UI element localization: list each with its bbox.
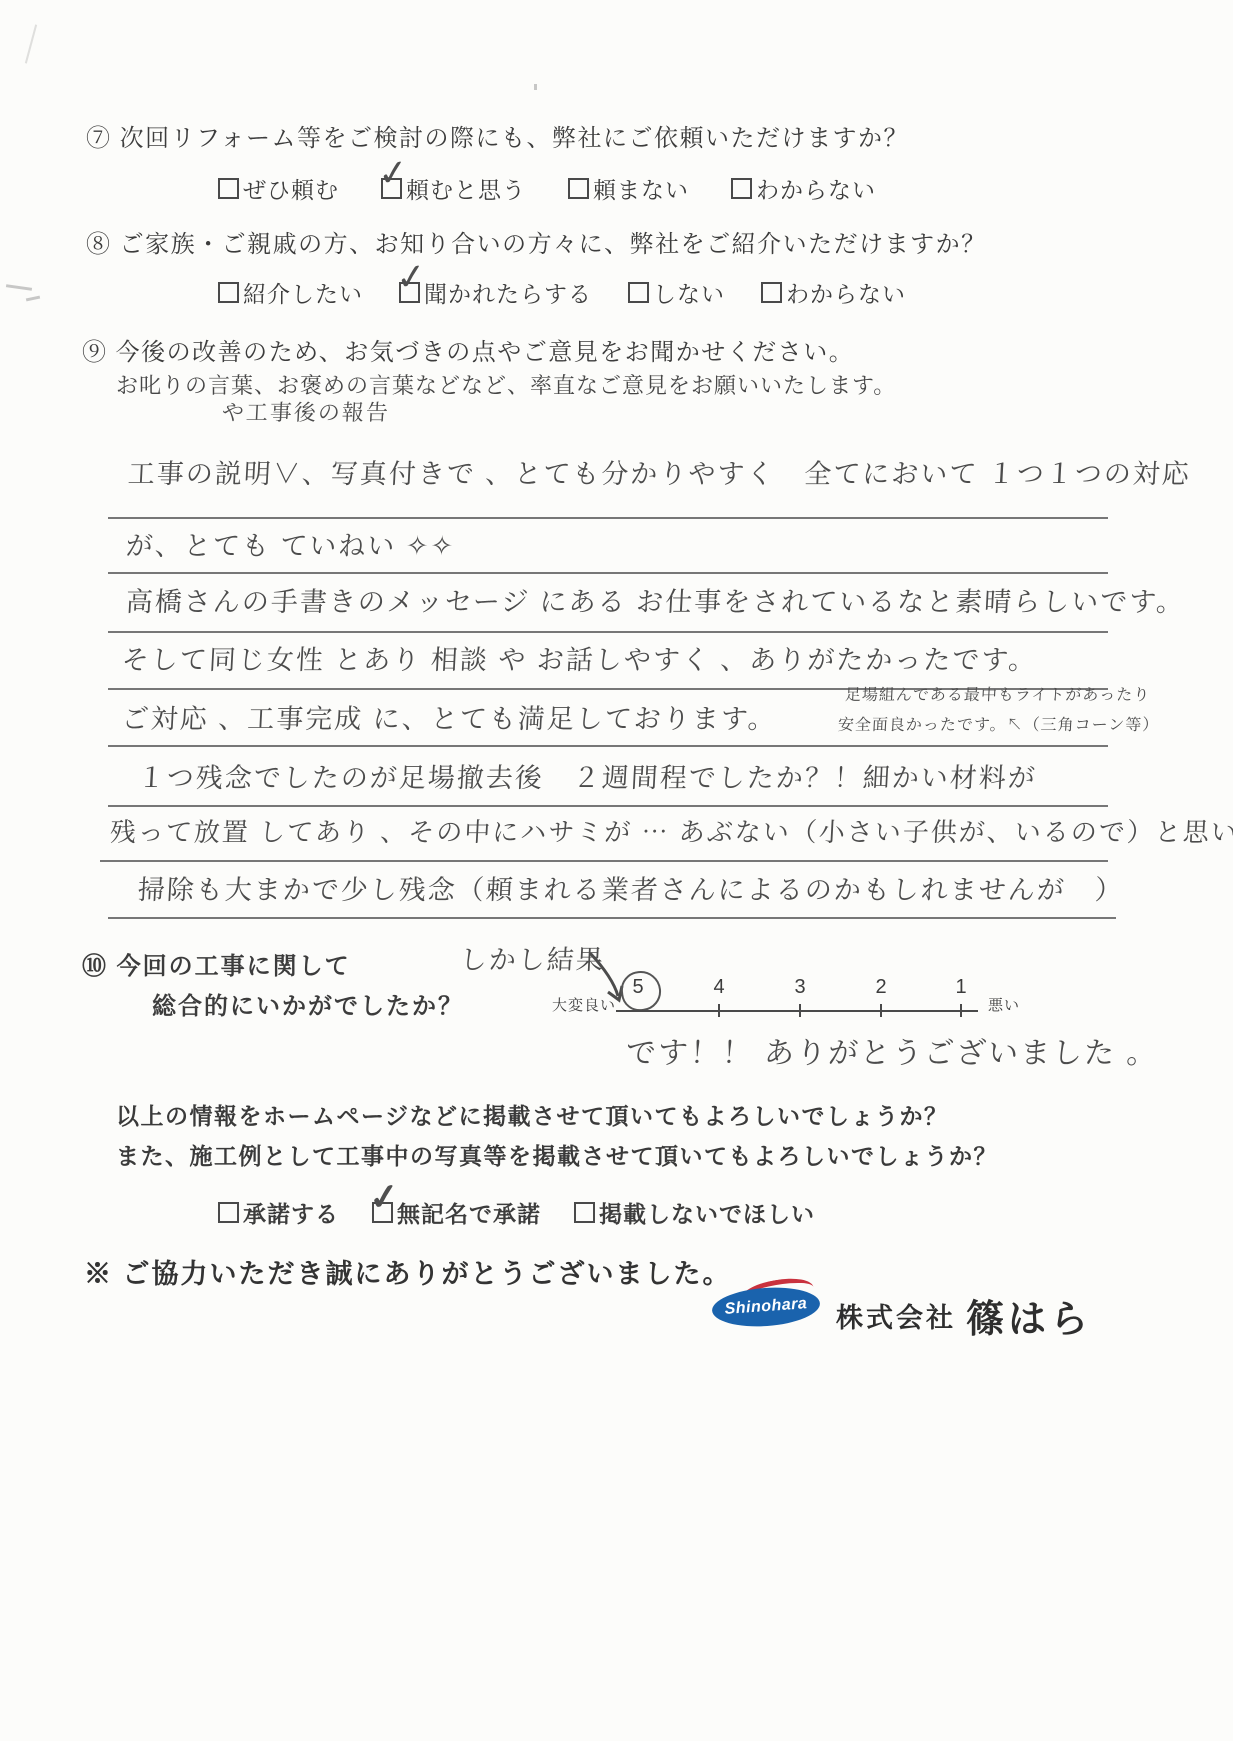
logo-brand-text: Shinohara — [724, 1295, 808, 1319]
ruled-line — [108, 745, 1108, 747]
question-9-title: ⑨ 今後の改善のため、お気づきの点やご意見をお聞かせください。 — [82, 332, 854, 367]
scale-tick — [960, 1004, 962, 1017]
scale-tick — [799, 1004, 801, 1017]
option-q8-shoukai-shitai: 紹介したい — [218, 276, 363, 309]
footer-thanks-note: ※ ご協力いただき誠にありがとうございました。 — [84, 1252, 732, 1291]
ruled-line — [100, 860, 1108, 862]
checkmark-icon: ✓ — [367, 1177, 402, 1216]
scale-value-4: 4 — [708, 976, 730, 999]
scale-line — [616, 1010, 978, 1012]
checkbox-unchecked — [731, 178, 752, 199]
ruled-line — [108, 517, 1108, 519]
checkbox-unchecked — [568, 178, 589, 199]
checkbox-unchecked — [218, 1202, 239, 1223]
scale-tick — [880, 1004, 882, 1017]
handwritten-line-8: 掃除も大まかで少し残念（頼まれる業者さんによるのかもしれませんが ） — [137, 868, 1125, 907]
scan-artifact — [534, 84, 537, 90]
handwritten-line-7: 残って放置 してあり 、その中にハサミが ⋯ あぶない（小さい子供が、いるので）… — [109, 812, 1233, 849]
scale-value-3: 3 — [789, 976, 811, 999]
scan-artifact — [25, 24, 37, 63]
option-label: わからない — [756, 172, 876, 205]
option-q7-wakaranai: わからない — [731, 172, 876, 205]
handwritten-insertion: や工事後の報告 — [221, 396, 391, 427]
consent-options: 承諾する ✓ 無記名で承諾 掲載しないでほしい — [218, 1196, 815, 1229]
option-label: 頼まない — [593, 172, 689, 205]
handwritten-annotation-1: 足場組んである最中もライトがあったり — [844, 682, 1151, 705]
option-q8-kikaretara-suru: ✓ 聞かれたらする — [399, 276, 592, 309]
ruled-line — [108, 631, 1108, 633]
option-label: しない — [653, 276, 725, 309]
scale-left-label: 大変良い — [552, 994, 616, 1015]
company-name: 株式会社 篠はら — [836, 1288, 1092, 1343]
consent-line-1: 以上の情報をホームページなどに掲載させて頂いてもよろしいでしょうか？ — [116, 1098, 949, 1131]
option-consent-keisai-shinai: 掲載しないでほしい — [574, 1196, 815, 1229]
option-consent-shoudaku: 承諾する — [218, 1196, 339, 1229]
checkmark-icon: ✓ — [376, 153, 411, 192]
option-label: 紹介したい — [243, 276, 363, 309]
option-q7-tanomanai: 頼まない — [568, 172, 689, 205]
scale-value-2: 2 — [870, 976, 892, 999]
handwritten-line-5: ご対応 、工事完成 に、とても満足しております。 — [121, 697, 778, 736]
option-label: わからない — [786, 276, 906, 309]
option-label: 無記名で承諾 — [397, 1196, 541, 1229]
checkbox-unchecked — [628, 282, 649, 303]
option-label: ぜひ頼む — [243, 172, 339, 205]
handwritten-line-1: 工事の説明∨、写真付きで 、とても分かりやすく 全てにおいて １つ１つの対応 — [127, 452, 1192, 491]
option-q7-zehi-tanomu: ぜひ頼む — [218, 172, 339, 205]
scan-artifact — [26, 296, 40, 302]
handwritten-line-2: が、とても ていねい ✧✧ — [125, 524, 456, 563]
company-name-prefix: 株式会社 — [836, 1296, 956, 1335]
option-q7-tanomu-to-omou: ✓ 頼むと思う — [381, 172, 526, 205]
handwritten-line-3: 高橋さんの手書きのメッセージ にある お仕事をされているなと素晴らしいです。 — [125, 580, 1186, 619]
question-8-title: ⑧ ご家族・ご親戚の方、お知り合いの方々に、弊社をご紹介いただけますか？ — [86, 224, 987, 259]
checkbox-unchecked — [574, 1202, 595, 1223]
handwritten-annotation-2: 安全面良かったです。↖（三角コーン等） — [837, 712, 1160, 735]
ruled-line — [108, 805, 1108, 807]
consent-line-2: また、施工例として工事中の写真等を掲載させて頂いてもよろしいでしょうか？ — [116, 1138, 998, 1171]
question-10-title: ⑩ 今回の工事に関して — [82, 946, 351, 981]
checkbox-unchecked — [761, 282, 782, 303]
ruled-line — [108, 917, 1116, 919]
question-7-title: ⑦ 次回リフォーム等をご検討の際にも、弊社にご依頼いただけますか？ — [86, 118, 909, 153]
company-logo: Shinohara — [712, 1288, 820, 1326]
checkbox-unchecked — [218, 282, 239, 303]
question-7-options: ぜひ頼む ✓ 頼むと思う 頼まない わからない — [218, 172, 876, 205]
scanned-survey-page: ⑦ 次回リフォーム等をご検討の際にも、弊社にご依頼いただけますか？ ぜひ頼む ✓… — [0, 0, 1233, 1741]
option-label: 掲載しないでほしい — [599, 1196, 815, 1229]
question-10-line2: 総合的にいかがでしたか？ — [152, 986, 464, 1021]
handwritten-line-6: １つ残念でしたのが足場撤去後 ２週間程でしたか？！細かい材料が — [137, 756, 1038, 795]
company-name-main: 篠はら — [966, 1288, 1092, 1343]
handwritten-note-bottom: です！！ ありがとうございました 。 — [625, 1028, 1160, 1072]
handwritten-line-4: そして同じ女性 とあり 相談 や お話しやすく 、ありがたかったです。 — [121, 638, 1038, 677]
option-q8-shinai: しない — [628, 276, 725, 309]
option-label: 承諾する — [243, 1196, 339, 1229]
checkmark-icon: ✓ — [394, 257, 429, 296]
option-consent-mukimei: ✓ 無記名で承諾 — [372, 1196, 541, 1229]
checkbox-unchecked — [218, 178, 239, 199]
option-q8-wakaranai: わからない — [761, 276, 906, 309]
ruled-line — [108, 572, 1108, 574]
option-label: 聞かれたらする — [424, 276, 592, 309]
scale-tick — [718, 1004, 720, 1017]
scale-right-label: 悪い — [988, 994, 1020, 1015]
option-label: 頼むと思う — [406, 172, 526, 205]
scan-artifact — [6, 284, 32, 291]
question-8-options: 紹介したい ✓ 聞かれたらする しない わからない — [218, 276, 906, 309]
logo-blue-oval-icon: Shinohara — [711, 1284, 821, 1329]
scale-value-1: 1 — [950, 976, 972, 999]
